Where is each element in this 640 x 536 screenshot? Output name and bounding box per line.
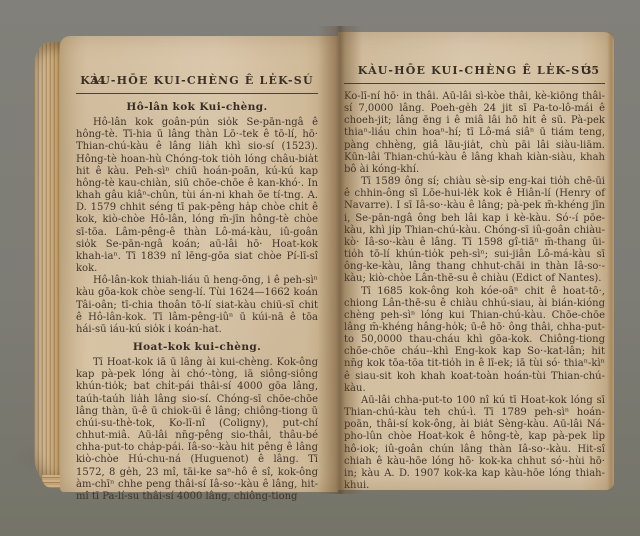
right-page: KÀU-HŌE KUI-CHÈNG Ê LE̍K-SÚ 35 Ko-lī-ní … [338,32,614,490]
body-paragraph: Aū-lâi chha-put-to 100 nî kú tī Hoat-kok… [344,395,605,492]
body-paragraph: Ko-lī-ní hō· in thâi. Aū-lâi sì-kòe thâi… [344,91,605,176]
running-title-right: KÀU-HŌE KUI-CHÈNG Ê LE̍K-SÚ [344,64,605,77]
body-paragraph: Tī 1589 ông sí; chiàu sè-si̍p eng-kai ti… [344,176,605,285]
photo-background: 34 KÀU-HŌE KUI-CHÈNG Ê LE̍K-SÚ Hô-lân ko… [0,0,640,536]
body-paragraph: Tī 1685 kok-ông koh kóe-oāⁿ chit ê hoat-… [344,286,605,395]
header-rule-left [76,93,318,94]
open-book: 34 KÀU-HŌE KUI-CHÈNG Ê LE̍K-SÚ Hô-lân ko… [36,26,616,494]
section-heading: Hô-lân kok Kui-chèng. [76,101,318,113]
body-paragraph: Tī Hoat-kok iā ū lâng ài kui-chèng. Kok-… [76,357,318,503]
running-title-left: KÀU-HŌE KUI-CHÈNG Ê LE̍K-SÚ [76,74,318,87]
body-paragraph: Hô-lân kok goân-pún sio̍k Se-pān-ngâ ê h… [76,117,318,275]
body-paragraph: Hô-lân-kok thiah-liáu ū heng-ōng, i ê pe… [76,275,318,336]
section-heading: Hoat-kok kui-chèng. [76,341,318,353]
header-rule-right [344,83,605,84]
page-number-right: 35 [584,64,599,77]
left-page-body: Hô-lân kok Kui-chèng.Hô-lân kok goân-pún… [76,101,318,503]
right-page-body: Ko-lī-ní hō· in thâi. Aū-lâi sì-kòe thâi… [344,91,605,492]
left-page: 34 KÀU-HŌE KUI-CHÈNG Ê LE̍K-SÚ Hô-lân ko… [60,36,338,492]
right-page-header: KÀU-HŌE KUI-CHÈNG Ê LE̍K-SÚ 35 [344,64,605,81]
left-page-header: 34 KÀU-HŌE KUI-CHÈNG Ê LE̍K-SÚ [76,74,318,91]
